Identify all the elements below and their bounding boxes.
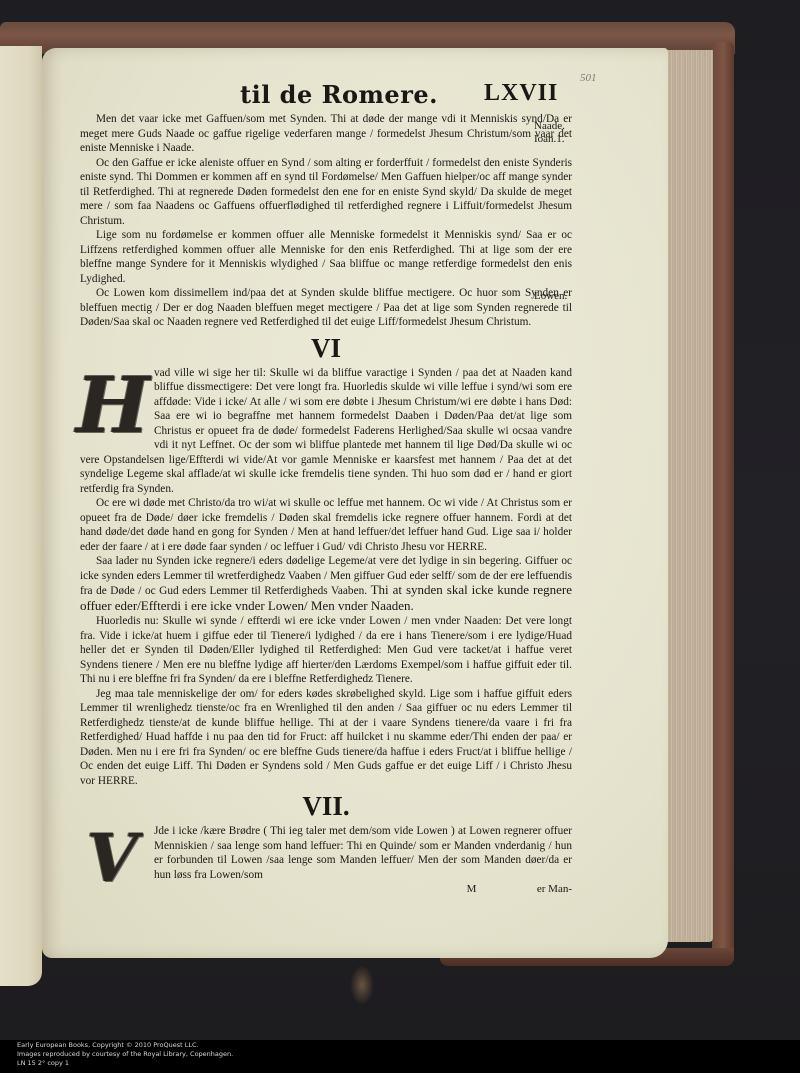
footer-line-2: Images reproduced by courtesy of the Roy… xyxy=(17,1050,233,1059)
paragraph: Jde i icke /kære Brødre ( Thi ieg taler … xyxy=(80,824,572,882)
page-block-edges xyxy=(663,50,713,942)
signature-mark: M xyxy=(467,883,477,895)
chapter-7-text: V Jde i icke /kære Brødre ( Thi ieg tale… xyxy=(80,824,572,897)
chapter-6-text: H vad ville wi sige her til: Skulle wi d… xyxy=(80,366,572,789)
paragraph: Oc Lowen kom dissimellem ind/paa det at … xyxy=(80,286,572,330)
decorated-initial-h: H xyxy=(76,366,148,446)
paragraph: Men det vaar icke met Gaffuen/som met Sy… xyxy=(80,112,572,156)
paragraph: vad ville wi sige her til: Skulle wi da … xyxy=(80,366,572,497)
chapter-5-text: Men det vaar icke met Gaffuen/som met Sy… xyxy=(80,112,572,330)
folio-number: LXVII xyxy=(484,80,558,107)
paper-stain xyxy=(350,965,374,1005)
paragraph: Jeg maa tale menniskelige der om/ for ed… xyxy=(80,687,572,789)
marginal-note-naade: Naade. xyxy=(534,120,565,132)
catchword: er Man- xyxy=(537,883,572,895)
book-cover-right-edge xyxy=(712,42,734,962)
decorated-initial-v: V xyxy=(76,824,148,892)
paragraph: Saa lader nu Synden icke regnere/i eders… xyxy=(80,554,572,614)
paragraph: Oc ere wi døde met Christo/da tro wi/at … xyxy=(80,496,572,554)
paragraph: Huorledis nu: Skulle wi synde / effterdi… xyxy=(80,614,572,687)
paragraph: Lige som nu fordømelse er kommen offuer … xyxy=(80,228,572,286)
pencil-page-number: 501 xyxy=(580,72,597,84)
marginal-note-ioan: Ioan.1. xyxy=(534,133,565,145)
chapter-heading-6: VI xyxy=(80,333,572,364)
paragraph: Oc den Gaffue er icke aleniste offuer en… xyxy=(80,156,572,229)
copyright-footer: Early European Books, Copyright © 2010 P… xyxy=(17,1041,233,1068)
footer-line-3: LN 15 2° copy 1 xyxy=(17,1059,233,1068)
running-head: til de Romere. LXVII xyxy=(80,76,600,112)
book-page: til de Romere. LXVII Men det vaar icke m… xyxy=(42,48,668,958)
page-content: til de Romere. LXVII Men det vaar icke m… xyxy=(80,76,600,897)
facing-left-page-edge xyxy=(0,46,42,986)
running-title: til de Romere. xyxy=(240,80,438,109)
chapter-heading-7: VII. xyxy=(80,791,572,822)
footer-line-1: Early European Books, Copyright © 2010 P… xyxy=(17,1041,233,1050)
marginal-note-lowen: Lowen. xyxy=(534,290,567,302)
catchword-line: M er Man- xyxy=(80,882,572,897)
